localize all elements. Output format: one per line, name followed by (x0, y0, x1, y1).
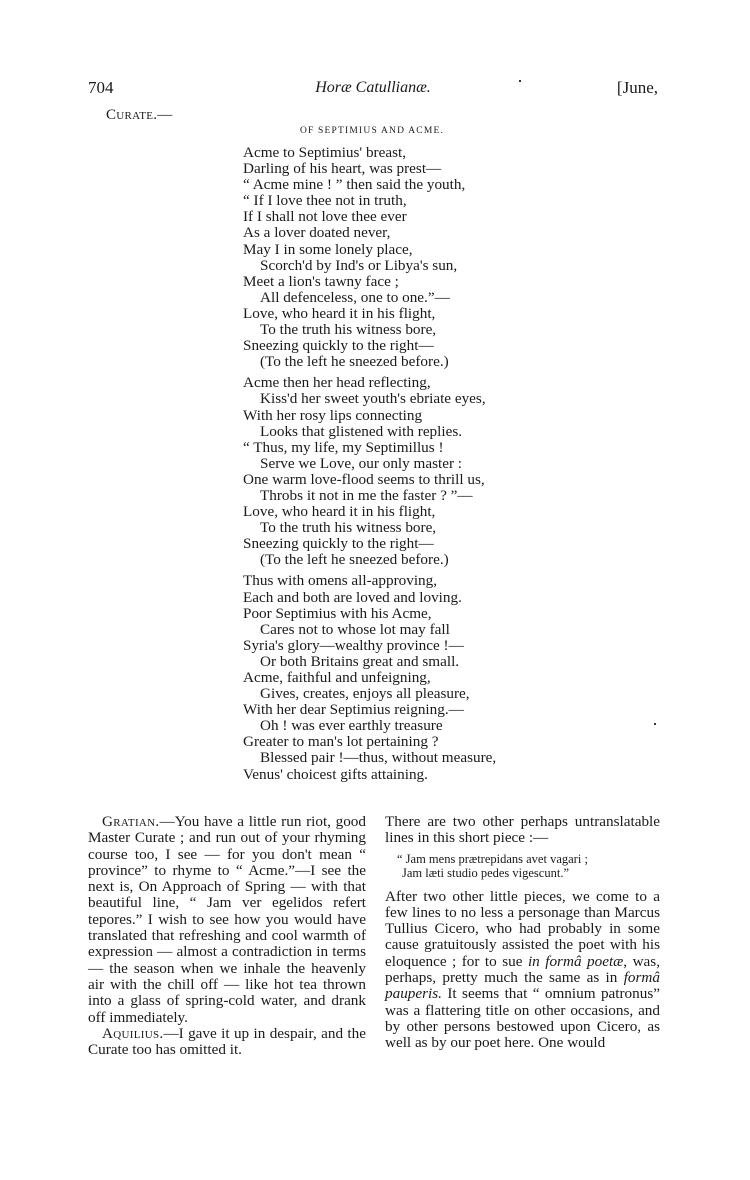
italic-phrase: in formâ poetæ (528, 953, 623, 970)
verse-line: Acme then her head reflecting, (243, 375, 663, 391)
quote-line: Jam læti studio pedes vigescunt.” (397, 866, 660, 880)
verse-line: Blessed pair !—thus, without measure, (243, 750, 663, 766)
paragraph-cicero: After two other little pieces, we come t… (385, 889, 660, 1052)
verse-line: May I in some lonely place, (243, 242, 663, 258)
verse-line: As a lover doated never, (243, 225, 663, 241)
document-page: 704 Horæ Catullianæ. [June, Curate.— of … (0, 0, 750, 1180)
speaker-label-curate: Curate.— (106, 107, 173, 124)
verse-line: Oh ! was ever earthly treasure (243, 718, 663, 734)
right-column: There are two other perhaps untranslatab… (385, 814, 660, 1052)
verse-line: Acme, faithful and unfeigning, (243, 670, 663, 686)
quote-line: “ Jam mens prætrepidans avet vagari ; (397, 852, 660, 866)
paragraph-intro: There are two other perhaps untranslatab… (385, 814, 660, 847)
stanza: Thus with omens all-approving,Each and b… (243, 573, 663, 782)
paragraph-aquilius: Aquilius.—I gave it up in despair, and t… (88, 1026, 366, 1059)
verse-line: “ Thus, my life, my Septimillus ! (243, 440, 663, 456)
verse-line: Cares not to whose lot may fall (243, 622, 663, 638)
verse-line: Sneezing quickly to the right— (243, 338, 663, 354)
verse-line: One warm love-flood seems to thrill us, (243, 472, 663, 488)
verse-line: Kiss'd her sweet youth's ebriate eyes, (243, 391, 663, 407)
verse-line: Throbs it not in me the faster ? ”— (243, 488, 663, 504)
verse-line: Looks that glistened with replies. (243, 424, 663, 440)
stanza: Acme then her head reflecting,Kiss'd her… (243, 375, 663, 568)
poem-title-text: of septimius and acme. (300, 126, 444, 136)
stanza: Acme to Septimius' breast,Darling of his… (243, 145, 663, 370)
running-date: [June, (617, 78, 658, 98)
poem-body: Acme to Septimius' breast,Darling of his… (243, 145, 663, 788)
verse-line: Or both Britains great and small. (243, 654, 663, 670)
verse-line: All defenceless, one to one.”— (243, 290, 663, 306)
verse-line: Scorch'd by Ind's or Libya's sun, (243, 258, 663, 274)
running-head: 704 Horæ Catullianæ. [June, (88, 78, 658, 100)
verse-line: With her rosy lips connecting (243, 408, 663, 424)
verse-line: Darling of his heart, was prest— (243, 161, 663, 177)
speaker-aquilius: Aquilius. (102, 1025, 163, 1042)
left-column: Gratian.—You have a little run riot, goo… (88, 814, 366, 1058)
verse-line: With her dear Septimius reigning.— (243, 702, 663, 718)
verse-line: Love, who heard it in his flight, (243, 504, 663, 520)
verse-line: “ If I love thee not in truth, (243, 193, 663, 209)
paragraph-gratian: Gratian.—You have a little run riot, goo… (88, 814, 366, 1026)
gratian-text: —You have a little run riot, good Master… (88, 813, 366, 1026)
latin-quote: “ Jam mens prætrepidans avet vagari ; Ja… (397, 852, 660, 880)
verse-line: “ Acme mine ! ” then said the youth, (243, 177, 663, 193)
verse-line: (To the left he sneezed before.) (243, 354, 663, 370)
verse-line: If I shall not love thee ever (243, 209, 663, 225)
verse-line: To the truth his witness bore, (243, 322, 663, 338)
verse-line: (To the left he sneezed before.) (243, 552, 663, 568)
verse-line: Syria's glory—wealthy province !— (243, 638, 663, 654)
verse-line: Thus with omens all-approving, (243, 573, 663, 589)
running-title: Horæ Catullianæ. (88, 79, 658, 97)
verse-line: Each and both are loved and loving. (243, 590, 663, 606)
verse-line: Meet a lion's tawny face ; (243, 274, 663, 290)
verse-line: Love, who heard it in his flight, (243, 306, 663, 322)
verse-line: Greater to man's lot pertaining ? (243, 734, 663, 750)
verse-line: To the truth his witness bore, (243, 520, 663, 536)
verse-line: Acme to Septimius' breast, (243, 145, 663, 161)
verse-line: Sneezing quickly to the right— (243, 536, 663, 552)
verse-line: Venus' choicest gifts attaining. (243, 767, 663, 783)
verse-line: Poor Septimius with his Acme, (243, 606, 663, 622)
speaker-gratian: Gratian. (102, 813, 160, 830)
verse-line: Gives, creates, enjoys all pleasure, (243, 686, 663, 702)
print-speck (519, 80, 521, 82)
verse-line: Serve we Love, our only master : (243, 456, 663, 472)
poem-title: of septimius and acme. (0, 126, 750, 136)
